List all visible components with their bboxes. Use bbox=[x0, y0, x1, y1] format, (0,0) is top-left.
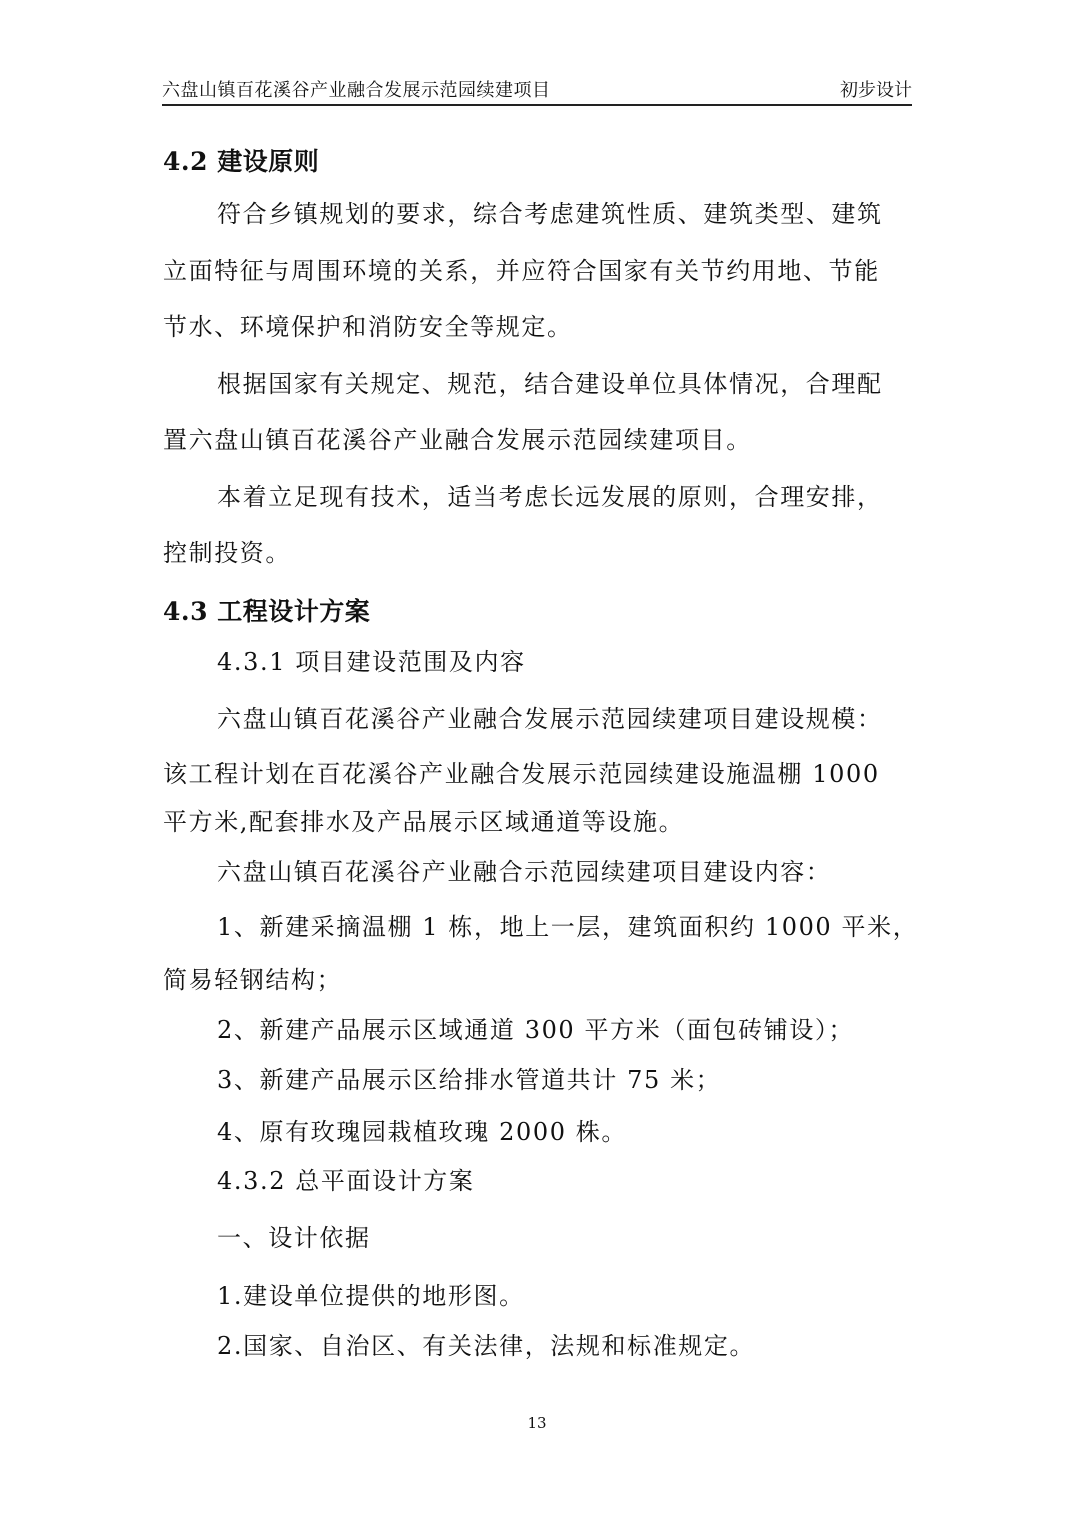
basis-heading: 一、设计依据 bbox=[217, 1222, 371, 1254]
subsection-heading-4-3-2: 4.3.2 总平面设计方案 bbox=[217, 1165, 475, 1197]
subsection-heading-4-3-1: 4.3.1 项目建设范围及内容 bbox=[217, 646, 526, 678]
list-item: 2、新建产品展示区域通道 300 平方米（面包砖铺设）； bbox=[217, 1014, 854, 1046]
header-document-title: 六盘山镇百花溪谷产业融合发展示范园续建项目 bbox=[162, 76, 551, 102]
list-item: 1、新建采摘温棚 1 栋，地上一层，建筑面积约 1000 平米， bbox=[217, 911, 918, 943]
page-number: 13 bbox=[0, 1414, 1074, 1432]
paragraph-line: 六盘山镇百花溪谷产业融合发展示范园续建项目建设规模： bbox=[217, 703, 883, 735]
paragraph-line: 符合乡镇规划的要求，综合考虑建筑性质、建筑类型、建筑 bbox=[217, 198, 883, 230]
section-heading-4-2: 4.2 建设原则 bbox=[163, 146, 319, 178]
header-section-label: 初步设计 bbox=[840, 76, 912, 102]
paragraph-line: 控制投资。 bbox=[163, 537, 291, 569]
paragraph-line: 平方米,配套排水及产品展示区域通道等设施。 bbox=[163, 806, 684, 838]
paragraph-line: 本着立足现有技术，适当考虑长远发展的原则，合理安排， bbox=[217, 481, 883, 513]
list-item: 1.建设单位提供的地形图。 bbox=[217, 1280, 525, 1312]
list-item: 3、新建产品展示区给排水管道共计 75 米； bbox=[217, 1064, 721, 1096]
page-header: 六盘山镇百花溪谷产业融合发展示范园续建项目 初步设计 bbox=[162, 74, 912, 106]
paragraph-line: 置六盘山镇百花溪谷产业融合发展示范园续建项目。 bbox=[163, 424, 752, 456]
list-item: 4、原有玫瑰园栽植玫瑰 2000 株。 bbox=[217, 1116, 627, 1148]
paragraph-line: 该工程计划在百花溪谷产业融合发展示范园续建设施温棚 1000 bbox=[163, 758, 880, 790]
section-heading-4-3: 4.3 工程设计方案 bbox=[163, 596, 370, 628]
paragraph-line: 立面特征与周围环境的关系，并应符合国家有关节约用地、节能 bbox=[163, 255, 880, 287]
paragraph-line: 根据国家有关规定、规范，结合建设单位具体情况，合理配 bbox=[217, 368, 883, 400]
list-item: 2.国家、自治区、有关法律，法规和标准规定。 bbox=[217, 1330, 755, 1362]
paragraph-line: 节水、环境保护和消防安全等规定。 bbox=[163, 311, 573, 343]
paragraph-line: 六盘山镇百花溪谷产业融合示范园续建项目建设内容： bbox=[217, 856, 831, 888]
list-item-continuation: 简易轻钢结构； bbox=[163, 964, 342, 996]
